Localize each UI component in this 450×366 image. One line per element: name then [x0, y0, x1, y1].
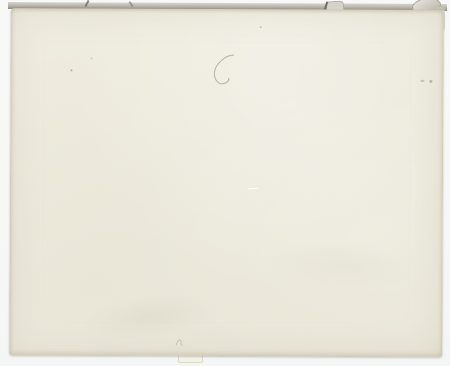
- dust-speck: [91, 57, 93, 59]
- dust-speck: [260, 26, 262, 28]
- blank-paper: [9, 8, 444, 357]
- scanned-page: [0, 0, 450, 366]
- pencil-c-mark: [210, 52, 238, 90]
- crease-shadow: [77, 287, 221, 347]
- dust-speck: [420, 80, 424, 82]
- dust-speck: [202, 353, 204, 355]
- dust-speck: [70, 69, 72, 71]
- pencil-squiggle-mark: [175, 338, 184, 347]
- dust-speck: [429, 80, 432, 83]
- crease-shadow: [258, 232, 422, 296]
- surface-scratch: [248, 188, 258, 190]
